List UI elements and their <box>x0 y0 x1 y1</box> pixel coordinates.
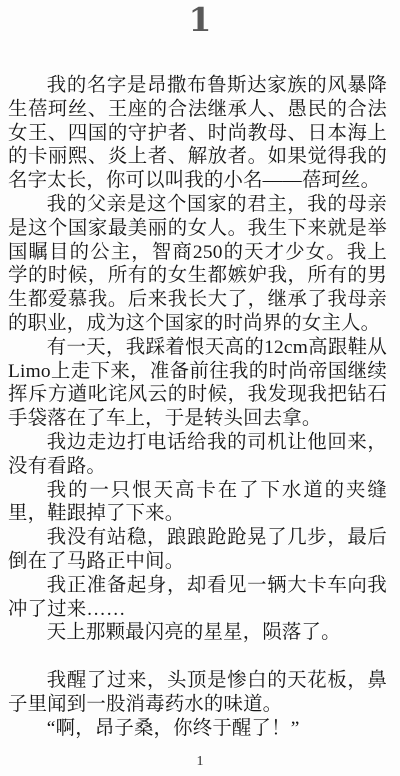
paragraph: “啊，昂子桑，你终于醒了！” <box>8 717 387 741</box>
paragraph: 我边走边打电话给我的司机让他回来，没有看路。 <box>8 431 387 479</box>
paragraph: 我醒了过来，头顶是惨白的天花板，鼻子里闻到一股消毒药水的味道。 <box>8 669 387 717</box>
page-number: 1 <box>0 755 400 769</box>
paragraph: 我正准备起身，却看见一辆大卡车向我冲了过来…… <box>8 574 387 622</box>
paragraph: 我的名字是昂撒布鲁斯达家族的风暴降生蓓珂丝、王座的合法继承人、愚民的合法女王、四… <box>8 74 387 193</box>
page-body: 我的名字是昂撒布鲁斯达家族的风暴降生蓓珂丝、王座的合法继承人、愚民的合法女王、四… <box>0 74 400 740</box>
paragraph: 有一天，我踩着恨天高的12cm高跟鞋从Limo上走下来，准备前往我的时尚帝国继续… <box>8 336 387 431</box>
paragraph: 我没有站稳，踉踉跄跄晃了几步，最后倒在了马路正中间。 <box>8 526 387 574</box>
chapter-number: 1 <box>0 0 400 74</box>
paragraph: 我的父亲是这个国家的君主，我的母亲是这个国家最美丽的女人。我生下来就是举国瞩目的… <box>8 193 387 336</box>
book-page[interactable]: 1 我的名字是昂撒布鲁斯达家族的风暴降生蓓珂丝、王座的合法继承人、愚民的合法女王… <box>0 0 400 776</box>
paragraph: 天上那颗最闪亮的星星，陨落了。 <box>8 621 387 645</box>
paragraph: 我的一只恨天高卡在了下水道的夹缝里，鞋跟掉了下来。 <box>8 479 387 527</box>
